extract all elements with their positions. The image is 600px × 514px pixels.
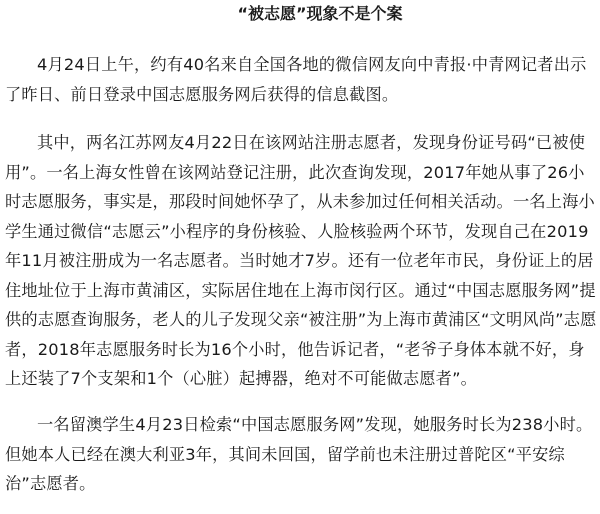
article-paragraph-1: 4月24日上午，约有40名来自全国各地的微信网友向中青报·中青网记者出示了昨日、… bbox=[5, 50, 597, 109]
article-title: “被志愿”现象不是个案 bbox=[0, 2, 600, 26]
article-paragraph-3: 一名留澳学生4月23日检索“中国志愿服务网”发现，她服务时长为238小时。但她本… bbox=[5, 410, 597, 499]
article-paragraph-2: 其中，两名江苏网友4月22日在该网站注册志愿者，发现身份证号码“已被使用”。一名… bbox=[5, 128, 597, 394]
